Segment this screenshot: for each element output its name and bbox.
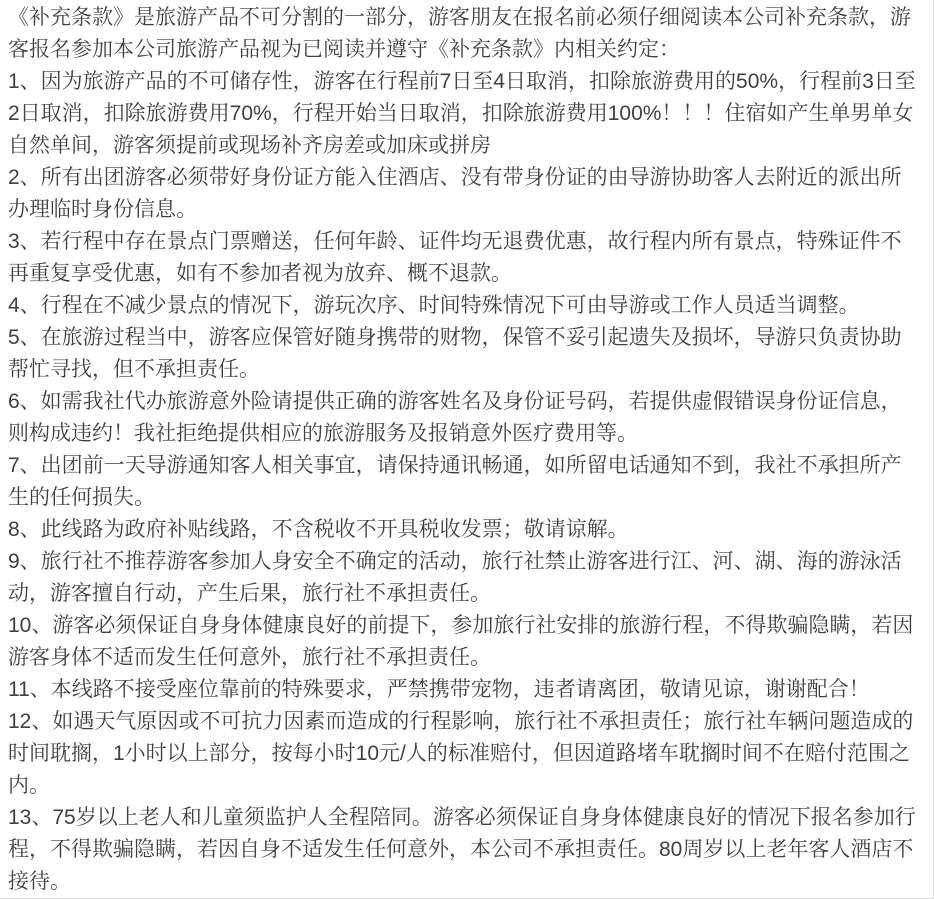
term-item-13: 13、75岁以上老人和儿童须监护人全程陪同。游客必须保证自身身体健康良好的情况下… (8, 802, 921, 898)
term-item-3: 3、若行程中存在景点门票赠送，任何年龄、证件均无退费优惠，故行程内所有景点，特殊… (8, 226, 921, 290)
term-item-9: 9、旅行社不推荐游客参加人身安全不确定的活动，旅行社禁止游客进行江、河、湖、海的… (8, 546, 921, 610)
term-item-4: 4、行程在不减少景点的情况下，游玩次序、时间特殊情况下可由导游或工作人员适当调整… (8, 290, 921, 322)
term-item-8: 8、此线路为政府补贴线路，不含税收不开具税收发票；敬请谅解。 (8, 514, 921, 546)
terms-intro-paragraph: 《补充条款》是旅游产品不可分割的一部分，游客朋友在报名前必须仔细阅读本公司补充条… (8, 2, 921, 66)
term-item-5: 5、在旅游过程当中，游客应保管好随身携带的财物，保管不妥引起遗失及损坏，导游只负… (8, 322, 921, 386)
term-item-1: 1、因为旅游产品的不可储存性，游客在行程前7日至4日取消，扣除旅游费用的50%，… (8, 66, 921, 162)
term-item-6: 6、如需我社代办旅游意外险请提供正确的游客姓名及身份证号码，若提供虚假错误身份证… (8, 386, 921, 450)
term-item-10: 10、游客必须保证自身身体健康良好的前提下，参加旅行社安排的旅游行程，不得欺骗隐… (8, 610, 921, 674)
term-item-7: 7、出团前一天导游通知客人相关事宜，请保持通讯畅通，如所留电话通知不到，我社不承… (8, 450, 921, 514)
term-item-11: 11、本线路不接受座位靠前的特殊要求，严禁携带宠物，违者请离团，敬请见谅，谢谢配… (8, 674, 921, 706)
term-item-12: 12、如遇天气原因或不可抗力因素而造成的行程影响，旅行社不承担责任；旅行社车辆问… (8, 706, 921, 802)
supplementary-terms-panel: 《补充条款》是旅游产品不可分割的一部分，游客朋友在报名前必须仔细阅读本公司补充条… (0, 0, 934, 899)
term-item-2: 2、所有出团游客必须带好身份证方能入住酒店、没有带身份证的由导游协助客人去附近的… (8, 162, 921, 226)
